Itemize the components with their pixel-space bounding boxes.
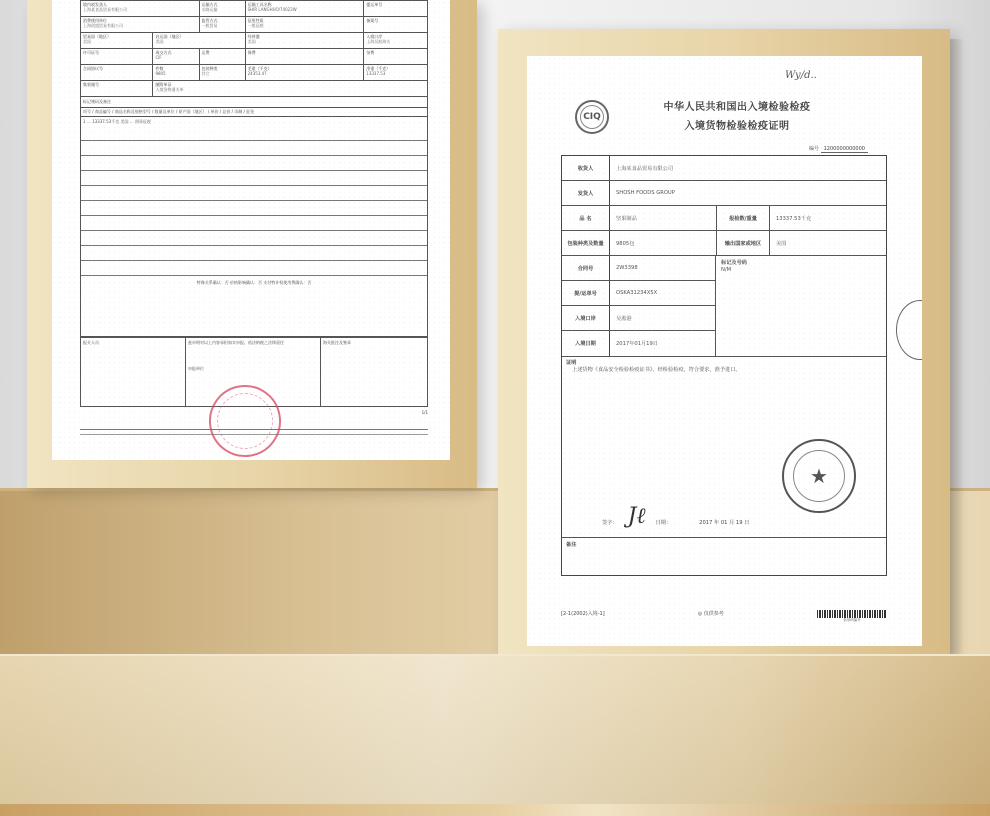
certificate-table: 收货人 上海某食品贸易有限公司 发货人 SHOSH FOODS GROUP 品 … (561, 155, 887, 576)
row-consignor: 发货人 SHOSH FOODS GROUP (562, 181, 886, 206)
barcode-icon (817, 610, 887, 618)
goods-column-header: 项号 / 商品编号 / 商品名称及规格型号 / 数量及单位 / 原产国（地区） … (81, 107, 427, 117)
notes-section: 备注 (562, 538, 886, 575)
customs-declaration-paper: 境内收发货人上海某食品贸易有限公司 运输方式水路运输 运输工具名称SHIR LA… (52, 0, 450, 460)
row-package: 包装种类及数量 9805包 输出国家或地区 美国 (562, 231, 886, 256)
customs-declaration: 境内收发货人上海某食品贸易有限公司 运输方式水路运输 运输工具名称SHIR LA… (80, 0, 428, 435)
gold-stand-base (0, 804, 990, 816)
signature-mark: Jℓ (628, 507, 646, 527)
official-seal-icon: ★ (782, 439, 856, 513)
gold-stand-front (0, 654, 990, 806)
marks-and-numbers: 标记及号码 N/M (716, 256, 886, 356)
certificate-footer: [2-1(2002)入境-1] ◎ 仅供参考 条形码编号 (561, 610, 887, 623)
row-contract: 合同号 2W3398 (562, 256, 715, 281)
marks-label: 标记唛码及备注 (81, 97, 427, 107)
inspection-certificate-paper: Wy/d.. CIQ 中华人民共和国出入境检验检疫 入境货物检验检疫证明 编号 … (527, 56, 922, 646)
certification-remarks: 证明 上述货物《食品安全检验检疫证书》，经检验检疫，符合要求，准予进口。 ★ 签… (562, 357, 886, 538)
row-bl-number: 提/运单号 OSKA31234X5X (562, 281, 715, 306)
signature-line: 签字： Jℓ 日期： 2017 年 01 月 19 日 (602, 507, 878, 527)
row-product: 品 名 坚果制品 报检数/重量 13337.53千克 (562, 206, 886, 231)
goods-section: 标记唛码及备注 项号 / 商品编号 / 商品名称及规格型号 / 数量及单位 / … (80, 97, 428, 337)
declaration-confirmations: 特殊关系确认：否 价格影响确认：否 支付特许权使用费确认：否 (81, 276, 427, 290)
certificate-number: 编号 1200000000000 (809, 145, 868, 152)
left-document-frame: 境内收发货人上海某食品贸易有限公司 运输方式水路运输 运输工具名称SHIR LA… (27, 0, 477, 488)
goods-line-item: 1 … 13337.53千克 美国 … 照章征税 (81, 117, 427, 126)
ciq-logo-icon: CIQ (575, 100, 609, 134)
empty-goods-lines (81, 126, 427, 276)
row-entry-port: 入境口岸 吴淞港 (562, 306, 715, 331)
row-group-shipment: 合同号 2W3398 提/运单号 OSKA31234X5X 入境口岸 吴淞港 入… (562, 256, 886, 357)
edge-seal-icon (896, 300, 922, 360)
right-document-frame: Wy/d.. CIQ 中华人民共和国出入境检验检疫 入境货物检验检疫证明 编号 … (498, 29, 950, 654)
handwritten-note: Wy/d.. (785, 70, 817, 81)
row-entry-date: 入境日期 2017年01月19日 (562, 331, 715, 356)
certificate-title: 中华人民共和国出入境检验检疫 入境货物检验检疫证明 (622, 98, 852, 136)
row-consignee: 收货人 上海某食品贸易有限公司 (562, 156, 886, 181)
declaration-header-table: 境内收发货人上海某食品贸易有限公司 运输方式水路运输 运输工具名称SHIR LA… (80, 0, 428, 97)
barcode: 条形码编号 (817, 610, 887, 623)
